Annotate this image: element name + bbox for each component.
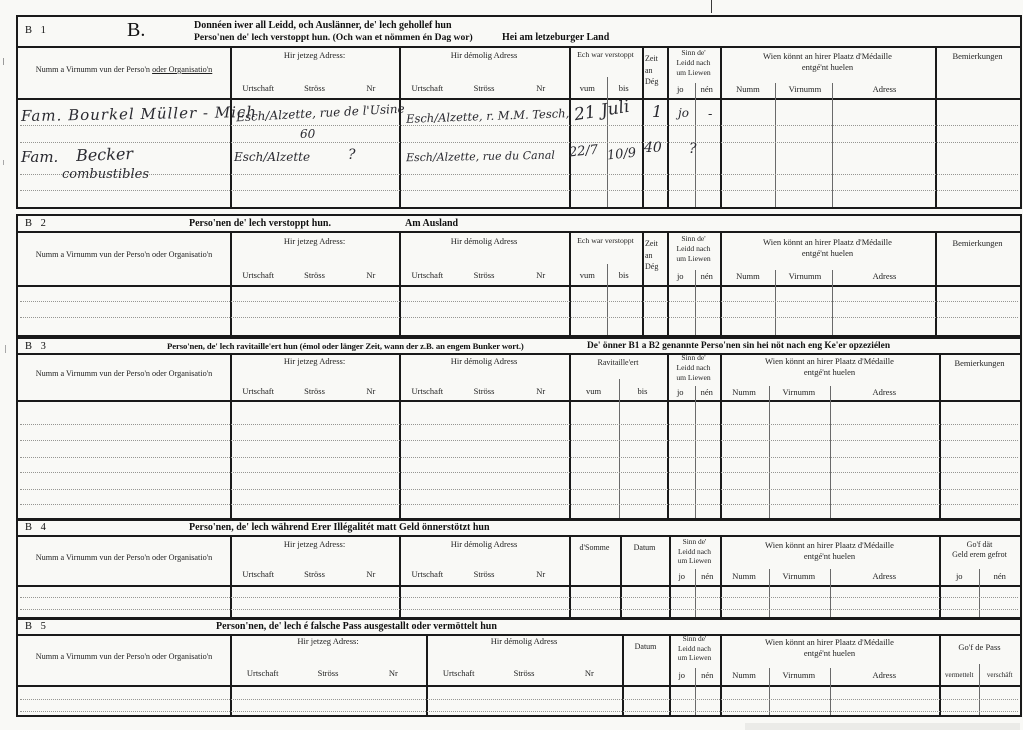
subcolumn-divider: [775, 83, 776, 207]
alive-line: Leidd nach: [678, 644, 711, 653]
section-b1: B 1 B. Donnéen iwer all Leidd, och Auslä…: [16, 15, 1022, 209]
alive-line: Sinn de': [681, 48, 705, 57]
col-header-name: Numm a Virnumm vun der Perso'n oder Orga…: [20, 369, 228, 380]
subcol-adress: Adress: [829, 571, 939, 581]
entry-name: Fam.: [21, 148, 58, 166]
col-subheader-verstoppt: vum bis: [569, 270, 642, 280]
subcol-nr: Nr: [512, 386, 569, 396]
scanned-form-sheet: B 1 B. Donnéen iwer all Leidd, och Auslä…: [0, 0, 1023, 730]
medal-line: Wien könnt an hirer Plaatz d'Médaille: [765, 356, 894, 366]
col-subheader-addr-old: Urtschaft Ströss Nr: [399, 569, 569, 579]
zeit-line: Zeit: [645, 239, 658, 248]
medal-line: Wien könnt an hirer Plaatz d'Médaille: [763, 237, 892, 247]
entry-alive-nen: -: [708, 107, 712, 122]
alive-line: Leidd nach: [677, 363, 711, 372]
subcolumn-divider: [619, 379, 620, 518]
section-b5-label: B 5: [25, 621, 49, 632]
section-b4-label: B 4: [25, 522, 49, 533]
col-header-medal: Wien könnt an hirer Plaatz d'Médaille en…: [720, 356, 939, 378]
col-header-medal: Wien könnt an hirer Plaatz d'Médaille en…: [720, 540, 939, 562]
section-b1-big-letter: B.: [127, 19, 145, 42]
col-header-addr-now: Hir jetzeg Adress:: [230, 539, 399, 550]
entry-addr-old: Esch/Alzette, r. M.M. Tesch,: [406, 106, 570, 126]
col-header-addr-old: Hir démolig Adress: [399, 236, 569, 247]
col-subheader-alive: jo nén: [669, 670, 720, 680]
subcol-urtschaft: Urtschaft: [399, 386, 456, 396]
alive-line: um Liewen: [676, 254, 710, 263]
subcol-virnumm: Virnumm: [768, 571, 829, 581]
geld-line: Go'f dät: [967, 540, 993, 549]
subcol-stross: Ströss: [456, 83, 513, 93]
col-subheader-medal: Numm Virnumm Adress: [720, 271, 935, 281]
ruled-line: [20, 317, 1018, 318]
section-b2-title: Perso'nen de' lech verstoppt hun.: [189, 218, 331, 229]
entry-alive-jo: ?: [689, 141, 697, 157]
col-header-verstoppt: Ech war verstoppt: [569, 50, 642, 60]
subcol-numm: Numm: [720, 387, 768, 397]
subcol-virnumm: Virnumm: [776, 271, 834, 281]
col-header-pass: Go'f de Pass: [939, 642, 1020, 653]
medal-line: Wien könnt an hirer Plaatz d'Médaille: [765, 540, 894, 550]
col-header-geld: Go'f dät Geld erem gefrot: [939, 540, 1020, 561]
subcol-adress: Adress: [829, 670, 939, 680]
medal-line: Wien könnt an hirer Plaatz d'Médaille: [765, 637, 894, 647]
col-header-name: Numm a Virnumm vun der Perso'n oder Orga…: [20, 553, 228, 564]
divider: [17, 685, 1021, 687]
subcol-numm: Numm: [720, 571, 768, 581]
subcol-stross: Ströss: [286, 83, 342, 93]
subcol-nr: Nr: [557, 668, 622, 678]
column-divider: [935, 46, 937, 207]
column-divider: [939, 353, 941, 518]
col-header-zeit: Zeit an Dég: [645, 53, 667, 88]
ruled-line: [20, 301, 1018, 302]
alive-line: um Liewen: [678, 556, 711, 565]
subcol-numm: Numm: [720, 670, 768, 680]
ruled-line: [20, 504, 1018, 505]
section-b3-title-note: De' önner B1 a B2 genannte Perso'nen sin…: [587, 341, 890, 351]
col-header-medal: Wien könnt an hirer Plaatz d'Médaille en…: [720, 237, 935, 259]
ruled-line: [20, 699, 1018, 700]
subcol-urtschaft: Urtschaft: [399, 83, 456, 93]
entry-zeit: 1: [652, 102, 662, 121]
medal-line: entgé'nt huelen: [802, 248, 853, 258]
zeit-line: Dég: [645, 77, 658, 86]
col-header-datum: Datum: [620, 543, 669, 553]
col-subheader-addr-old: Urtschaft Ströss Nr: [399, 270, 569, 280]
medal-line: Wien könnt an hirer Plaatz d'Médaille: [763, 51, 892, 61]
section-b3-title: Perso'nen, de' lech ravitaille'ert hun (…: [167, 341, 524, 351]
subcol-nen: nén: [980, 571, 1021, 581]
alive-line: Sinn de': [681, 353, 705, 362]
subcol-stross: Ströss: [456, 270, 513, 280]
col-header-addr-old: Hir démolig Adress: [399, 539, 569, 550]
ruled-line: [20, 190, 1018, 191]
alive-line: Leidd nach: [677, 244, 711, 253]
subcol-virnumm: Virnumm: [776, 84, 834, 94]
divider: [17, 400, 1021, 402]
entry-name: Fam. Bourkel Müller - Mich: [21, 103, 257, 125]
col-header-name: Numm a Virnumm vun der Perso'n oder Orga…: [20, 65, 228, 76]
col-header-addr-old: Hir démolig Adress: [399, 356, 569, 367]
col-subheader-geld: jo nén: [939, 571, 1020, 581]
col-subheader-addr-old: Urtschaft Ströss Nr: [399, 83, 569, 93]
subcol-urtschaft: Urtschaft: [230, 270, 286, 280]
subcol-adress: Adress: [829, 387, 939, 397]
subcol-bis: bis: [618, 386, 667, 396]
col-subheader-addr-now: Urtschaft Ströss Nr: [230, 270, 399, 280]
entry-addr-now-nr: ?: [348, 147, 356, 163]
entry-bis: 10/9: [606, 146, 637, 164]
subcol-bis: bis: [606, 270, 643, 280]
subcol-vermettelt: vermettelt: [939, 671, 980, 679]
col-subheader-medal: Numm Virnumm Adress: [720, 84, 935, 94]
col-subheader-addr-now: Urtschaft Ströss Nr: [230, 668, 426, 678]
section-b1-title-line2: Perso'nen de' lech verstoppt hun. (Och w…: [194, 32, 473, 43]
subcol-virnumm: Virnumm: [768, 387, 829, 397]
scan-artifact: [3, 58, 4, 65]
entry-verstoppt: 21 Juli: [573, 97, 631, 125]
col-subheader-pass: vermettelt verschäft: [939, 671, 1020, 679]
column-divider: [399, 353, 401, 518]
section-b1-title-line1: Donnéen iwer all Leidd, och Auslänner, d…: [194, 20, 452, 31]
column-divider: [230, 353, 232, 518]
subcol-nr: Nr: [512, 83, 569, 93]
col-subheader-addr-now: Urtschaft Ströss Nr: [230, 386, 399, 396]
divider: [17, 353, 1021, 355]
divider: [17, 535, 1021, 537]
subcolumn-divider: [695, 386, 696, 518]
col-header-name: Numm a Virnumm vun der Perso'n oder Orga…: [20, 250, 228, 261]
section-b2-label: B 2: [25, 218, 49, 229]
subcol-nen: nén: [694, 271, 721, 281]
col-subheader-alive: jo nén: [669, 571, 720, 581]
divider: [17, 46, 1021, 48]
alive-line: Sinn de': [681, 234, 705, 243]
section-b5-title: Person'nen, de' lech é falsche Pass ausg…: [216, 621, 497, 632]
scan-artifact: [5, 345, 6, 353]
subcol-nr: Nr: [343, 83, 399, 93]
column-divider: [642, 46, 644, 207]
col-header-remarks: Bemierkungen: [935, 238, 1020, 249]
subcol-vum: vum: [569, 270, 606, 280]
alive-line: um Liewen: [676, 68, 710, 77]
section-b4: B 4 Perso'nen, de' lech während Erer Ill…: [16, 519, 1022, 619]
subcol-urtschaft: Urtschaft: [230, 386, 286, 396]
subcolumn-divider: [769, 386, 770, 518]
ruled-line: [20, 489, 1018, 490]
entry-addr-now: Esch/Alzette, rue de l'Usine: [236, 102, 405, 125]
col-header-addr-now: Hir jetzeg Adress:: [230, 636, 426, 647]
subcol-stross: Ströss: [286, 569, 342, 579]
column-divider: [569, 46, 571, 207]
ruled-line: [20, 457, 1018, 458]
subcol-nr: Nr: [343, 386, 399, 396]
subcol-jo: jo: [669, 571, 695, 581]
ruled-line: [20, 142, 1018, 143]
zeit-line: Dég: [645, 262, 658, 271]
subcolumn-divider: [832, 83, 833, 207]
subcol-jo: jo: [669, 670, 695, 680]
col-header-alive: Sinn de' Leidd nach um Liewen: [669, 634, 720, 663]
col-subheader-addr-now: Urtschaft Ströss Nr: [230, 83, 399, 93]
ruled-line: [20, 609, 1018, 610]
subcol-stross: Ströss: [491, 668, 556, 678]
entry-addr-now: Esch/Alzette: [234, 150, 310, 164]
ruled-line: [20, 597, 1018, 598]
entry-name: combustibles: [62, 167, 149, 182]
subcol-adress: Adress: [834, 271, 935, 281]
col-header-verstoppt: Ech war verstoppt: [569, 236, 642, 246]
col-header-ravitaille: Ravitaille'ert: [569, 358, 667, 368]
col-header-name: Numm a Virnumm vun der Perso'n oder Orga…: [20, 652, 228, 663]
entry-addr-old: Esch/Alzette, rue du Canal: [406, 149, 555, 165]
alive-line: Sinn de': [683, 634, 707, 643]
col-subheader-alive: jo nén: [667, 84, 720, 94]
col-subheader-verstoppt: vum bis: [569, 83, 642, 93]
subcol-vum: vum: [569, 83, 606, 93]
alive-line: um Liewen: [676, 373, 710, 382]
column-divider: [399, 46, 401, 207]
col-header-addr-old: Hir démolig Adress: [426, 636, 622, 647]
subcol-jo: jo: [667, 271, 694, 281]
subcol-stross: Ströss: [286, 270, 342, 280]
ruled-line: [20, 711, 1018, 712]
section-b2: B 2 Perso'nen de' lech verstoppt hun. Am…: [16, 214, 1022, 337]
col-header-name-underlined: oder Organisatio'n: [152, 65, 212, 74]
subcol-vum: vum: [569, 386, 618, 396]
subcol-stross: Ströss: [456, 569, 513, 579]
col-subheader-ravitaille: vum bis: [569, 386, 667, 396]
col-header-datum: Datum: [622, 642, 669, 652]
subcol-urtschaft: Urtschaft: [399, 270, 456, 280]
subcol-verschaft: verschäft: [980, 671, 1021, 679]
divider: [17, 98, 1021, 100]
subcol-nr: Nr: [512, 270, 569, 280]
subcol-nr: Nr: [343, 569, 399, 579]
scan-artifact: [711, 0, 712, 13]
subcol-nen: nén: [694, 84, 721, 94]
subcol-bis: bis: [606, 83, 643, 93]
zeit-line: an: [645, 251, 653, 260]
divider: [17, 285, 1021, 287]
scan-artifact: [3, 160, 4, 165]
col-subheader-medal: Numm Virnumm Adress: [720, 387, 939, 397]
col-header-medal: Wien könnt an hirer Plaatz d'Médaille en…: [720, 51, 935, 73]
subcol-stross: Ströss: [456, 386, 513, 396]
subcol-numm: Numm: [720, 271, 776, 281]
medal-line: entgé'nt huelen: [802, 62, 853, 72]
col-subheader-addr-old: Urtschaft Ströss Nr: [399, 386, 569, 396]
subcol-urtschaft: Urtschaft: [426, 668, 491, 678]
subcol-jo: jo: [667, 84, 694, 94]
col-header-name-text: Numm a Virnumm vun der Perso'n: [36, 65, 150, 74]
subcol-nen: nén: [694, 387, 721, 397]
alive-line: Sinn de': [683, 537, 707, 546]
column-divider: [569, 353, 571, 518]
subcol-stross: Ströss: [286, 386, 342, 396]
column-divider: [569, 231, 571, 335]
subcol-adress: Adress: [834, 84, 935, 94]
section-b2-title-ausland: Am Ausland: [405, 218, 458, 229]
section-b1-title-land: Hei am letzeburger Land: [502, 32, 609, 43]
col-subheader-alive: jo nén: [667, 271, 720, 281]
section-b1-label: B 1: [25, 25, 49, 36]
subcol-nen: nén: [695, 571, 721, 581]
alive-line: Leidd nach: [677, 58, 711, 67]
col-header-addr-now: Hir jetzeg Adress:: [230, 50, 399, 61]
col-header-alive: Sinn de' Leidd nach um Liewen: [667, 353, 720, 383]
subcol-nen: nén: [695, 670, 721, 680]
col-header-addr-now: Hir jetzeg Adress:: [230, 356, 399, 367]
divider: [17, 585, 1021, 587]
medal-line: entgé'nt huelen: [804, 551, 855, 561]
col-subheader-medal: Numm Virnumm Adress: [720, 571, 939, 581]
column-divider: [230, 46, 232, 207]
col-header-addr-old: Hir démolig Adress: [399, 50, 569, 61]
zeit-line: Zeit: [645, 54, 658, 63]
col-header-zeit: Zeit an Dég: [645, 238, 667, 273]
ruled-line: [20, 174, 1018, 175]
subcol-urtschaft: Urtschaft: [399, 569, 456, 579]
ruled-line: [20, 125, 1018, 126]
subcol-jo: jo: [667, 387, 694, 397]
col-header-remarks: Bemierkungen: [935, 51, 1020, 62]
entry-name: Becker: [76, 144, 134, 165]
entry-zeit: 40: [644, 140, 662, 156]
subcol-urtschaft: Urtschaft: [230, 83, 286, 93]
col-subheader-addr-now: Urtschaft Ströss Nr: [230, 569, 399, 579]
zeit-line: an: [645, 66, 653, 75]
col-header-alive: Sinn de' Leidd nach um Liewen: [667, 234, 720, 264]
col-header-medal: Wien könnt an hirer Plaatz d'Médaille en…: [720, 637, 939, 659]
col-header-somme: d'Somme: [569, 543, 620, 553]
ruled-line: [20, 424, 1018, 425]
section-b5: B 5 Person'nen, de' lech é falsche Pass …: [16, 618, 1022, 717]
medal-line: entgé'nt huelen: [804, 367, 855, 377]
col-subheader-addr-old: Urtschaft Ströss Nr: [426, 668, 622, 678]
geld-line: Geld erem gefrot: [952, 550, 1007, 559]
col-header-alive: Sinn de' Leidd nach um Liewen: [669, 537, 720, 566]
ruled-line: [20, 472, 1018, 473]
entry-alive-jo: jo: [678, 106, 689, 120]
alive-line: Leidd nach: [678, 547, 711, 556]
col-subheader-alive: jo nén: [667, 387, 720, 397]
subcol-nr: Nr: [361, 668, 426, 678]
subcol-urtschaft: Urtschaft: [230, 668, 295, 678]
subcolumn-divider: [830, 386, 831, 518]
col-header-remarks: Bemierkungen: [939, 358, 1020, 369]
section-b4-title: Perso'nen, de' lech während Erer Illégal…: [189, 522, 490, 533]
ruled-line: [20, 440, 1018, 441]
subcol-urtschaft: Urtschaft: [230, 569, 286, 579]
subcol-nr: Nr: [343, 270, 399, 280]
section-b3: B 3 Perso'nen, de' lech ravitaille'ert h…: [16, 337, 1022, 520]
divider: [17, 231, 1021, 233]
alive-line: um Liewen: [678, 653, 711, 662]
entry-addr-now-nr: 60: [300, 127, 315, 141]
col-header-alive: Sinn de' Leidd nach um Liewen: [667, 48, 720, 78]
scan-artifact: [745, 723, 1020, 730]
medal-line: entgé'nt huelen: [804, 648, 855, 658]
subcol-nr: Nr: [512, 569, 569, 579]
subcol-stross: Ströss: [295, 668, 360, 678]
column-divider: [642, 231, 644, 335]
col-subheader-medal: Numm Virnumm Adress: [720, 670, 939, 680]
entry-vum: 22/7: [568, 143, 599, 161]
subcol-jo: jo: [939, 571, 980, 581]
section-b3-label: B 3: [25, 341, 49, 352]
subcol-numm: Numm: [720, 84, 776, 94]
col-header-addr-now: Hir jetzeg Adress:: [230, 236, 399, 247]
subcol-virnumm: Virnumm: [768, 670, 829, 680]
